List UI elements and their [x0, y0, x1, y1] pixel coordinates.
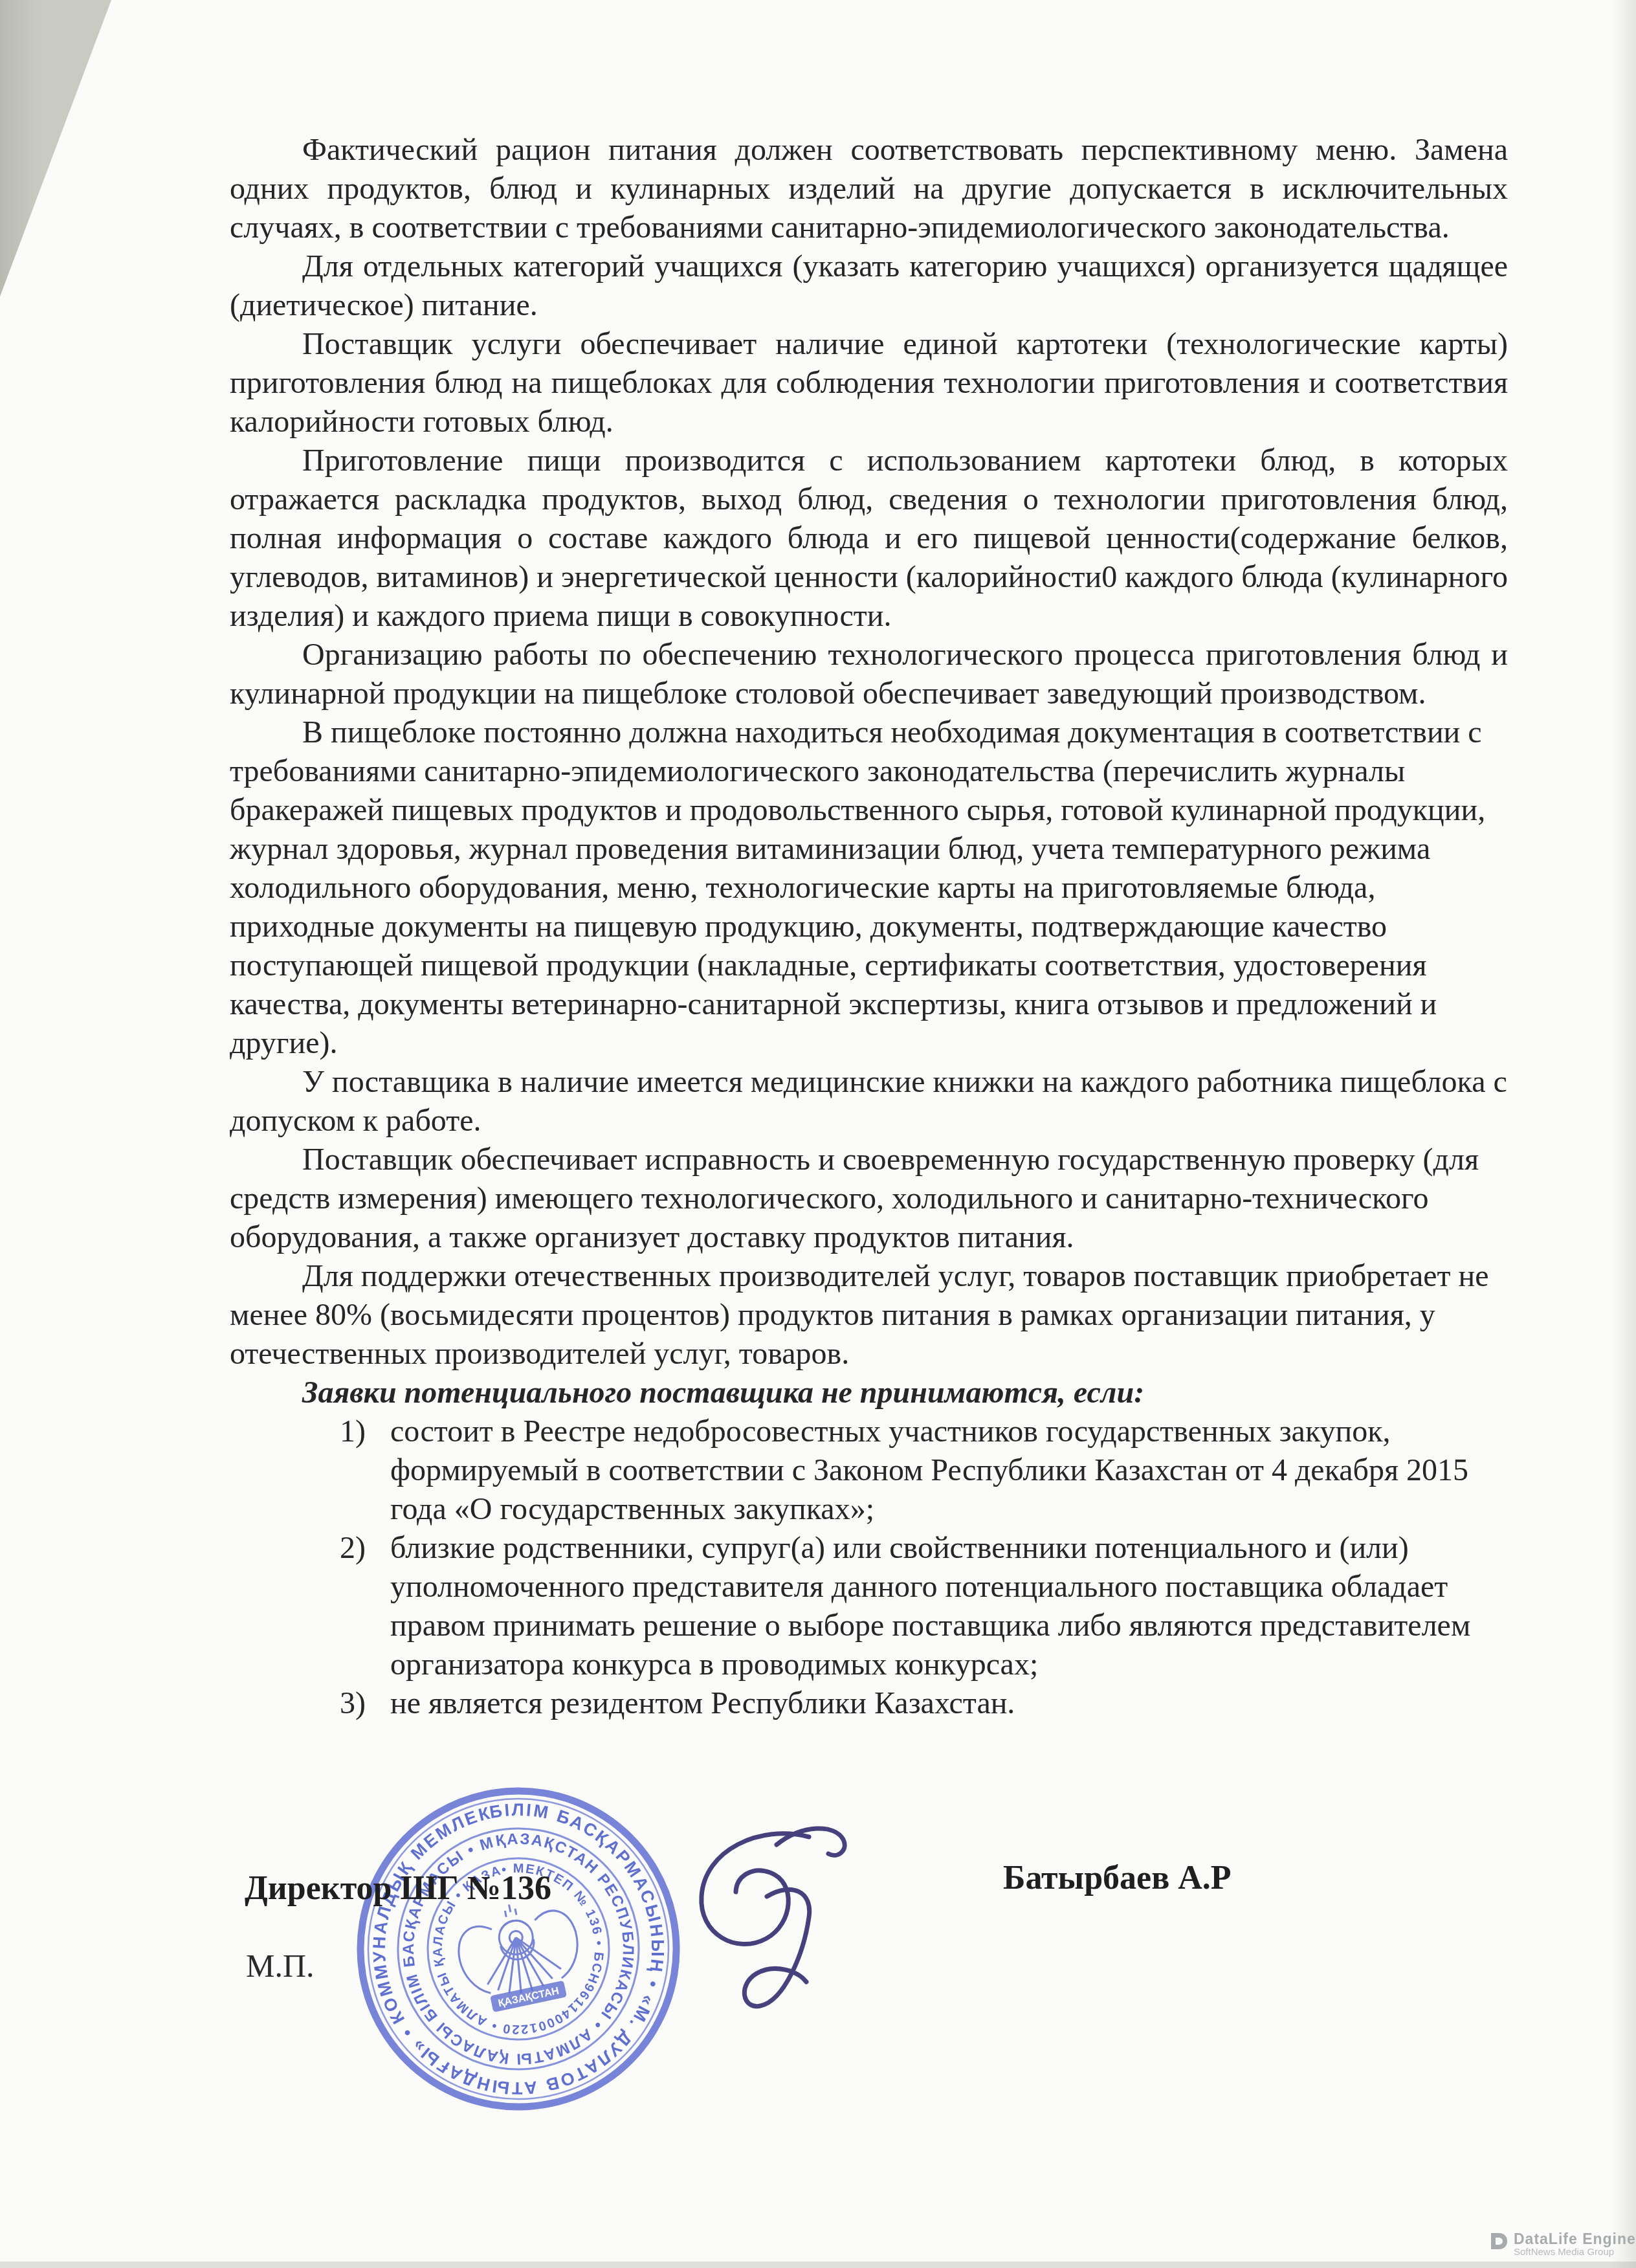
- scanned-page-canvas: Фактический рацион питания должен соотве…: [0, 0, 1636, 2268]
- list-item-text: состоит в Реестре недобросовестных участ…: [390, 1414, 1468, 1526]
- director-label: Директор ШГ №136: [245, 1869, 551, 1907]
- list-item-text: близкие родственники, супруг(а) или свой…: [390, 1531, 1470, 1682]
- watermark-subtitle: SoftNews Media Group: [1514, 2247, 1636, 2258]
- document-body: Фактический рацион питания должен соотве…: [230, 131, 1508, 1723]
- conditions-list: 1) состоит в Реестре недобросовестных уч…: [230, 1412, 1508, 1723]
- paragraph-7: У поставщика в наличие имеется медицинск…: [230, 1063, 1508, 1140]
- paragraph-9: Для поддержки отечественных производител…: [230, 1257, 1508, 1373]
- list-item: 1) состоит в Реестре недобросовестных уч…: [340, 1412, 1508, 1529]
- paragraph-6: В пищеблоке постоянно должна находиться …: [230, 713, 1508, 1063]
- list-item-number: 3): [340, 1684, 366, 1723]
- paragraph-8: Поставщик обеспечивает исправность и сво…: [230, 1140, 1508, 1257]
- paragraph-2: Для отдельных категорий учащихся (указат…: [230, 247, 1508, 325]
- paragraph-3: Поставщик услуги обеспечивает наличие ед…: [230, 325, 1508, 441]
- director-name: Батырбаев А.Р: [1003, 1859, 1232, 1897]
- list-item: 2) близкие родственники, супруг(а) или с…: [340, 1529, 1508, 1684]
- emblem-left-wing: [454, 1924, 505, 1998]
- stamp-place-label: М.П.: [246, 1947, 315, 1984]
- scan-bottom-edge: [0, 2262, 1636, 2268]
- datalife-logo-icon: [1490, 2232, 1507, 2251]
- signature-scribble: [615, 1806, 874, 2039]
- list-item-text: не является резидентом Республики Казахс…: [390, 1686, 1015, 1720]
- conditions-heading: Заявки потенциального поставщика не прин…: [230, 1373, 1508, 1412]
- watermark: DataLife Engine SoftNews Media Group: [1490, 2232, 1636, 2258]
- list-item-number: 1): [340, 1412, 366, 1451]
- paragraph-1: Фактический рацион питания должен соотве…: [230, 131, 1508, 247]
- list-item-number: 2): [340, 1529, 366, 1568]
- stamp-emblem: [450, 1892, 586, 2004]
- paragraph-5: Организацию работы по обеспечению технол…: [230, 636, 1508, 713]
- emblem-right-wing: [533, 1907, 584, 1981]
- list-item: 3) не является резидентом Республики Каз…: [340, 1684, 1508, 1723]
- scan-right-edge: [1611, 0, 1636, 2268]
- paragraph-4: Приготовление пищи производится с исполь…: [230, 441, 1508, 636]
- watermark-title: DataLife Engine: [1514, 2232, 1636, 2247]
